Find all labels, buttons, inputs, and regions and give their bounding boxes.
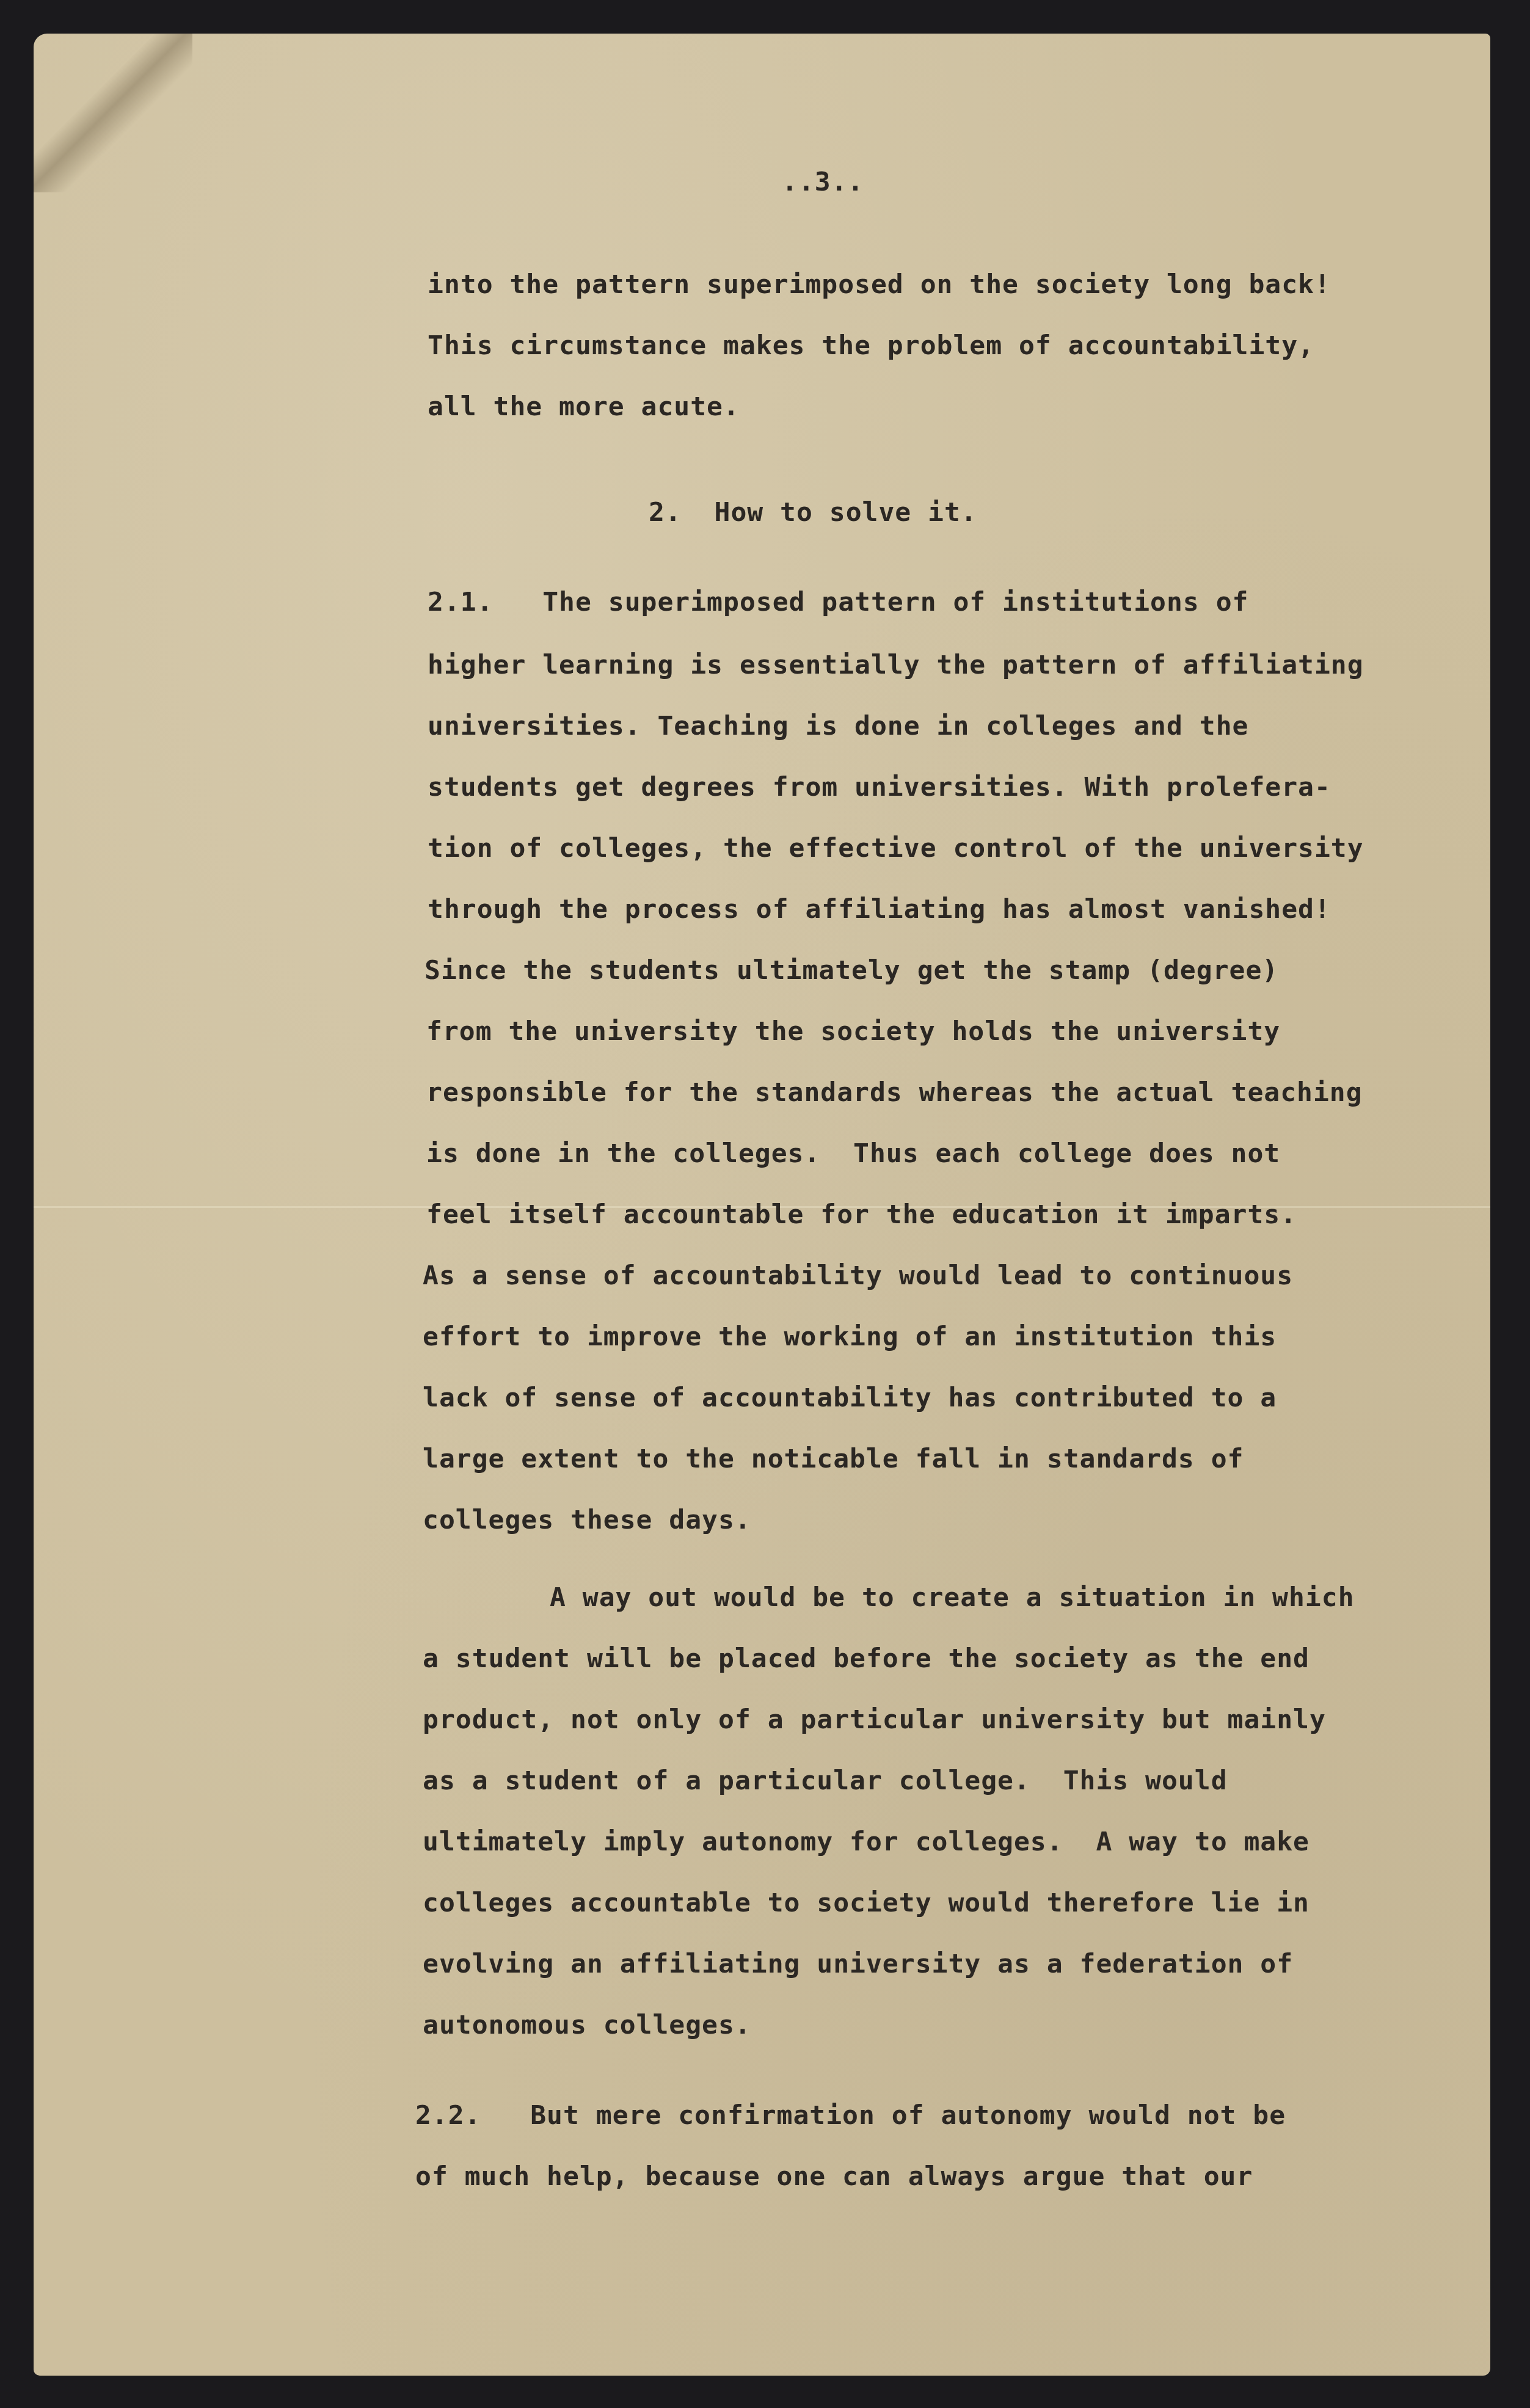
text-line: responsible for the standards whereas th… xyxy=(426,1080,1363,1106)
text-line: of much help, because one can always arg… xyxy=(415,2164,1253,2190)
text-line: all the more acute. xyxy=(428,394,740,420)
text-line: into the pattern superimposed on the soc… xyxy=(428,272,1331,298)
text-line: universities. Teaching is done in colleg… xyxy=(428,713,1248,740)
text-line: autonomous colleges. xyxy=(423,2012,751,2039)
text-line: effort to improve the working of an inst… xyxy=(423,1324,1277,1350)
text-line: Since the students ultimately get the st… xyxy=(424,958,1278,984)
text-line: This circumstance makes the problem of a… xyxy=(428,333,1314,359)
text-line: through the process of affiliating has a… xyxy=(428,897,1331,923)
text-line: from the university the society holds th… xyxy=(426,1019,1280,1045)
text-line: ultimately imply autonomy for colleges. … xyxy=(423,1829,1310,1855)
text-line: 2.1. The superimposed pattern of institu… xyxy=(428,589,1248,616)
text-line: large extent to the noticable fall in st… xyxy=(423,1446,1244,1472)
text-line: product, not only of a particular univer… xyxy=(423,1707,1326,1733)
page-number: ..3.. xyxy=(782,169,864,195)
text-line: students get degrees from universities. … xyxy=(428,774,1331,801)
text-line: tion of colleges, the effective control … xyxy=(428,835,1364,862)
text-line: as a student of a particular college. Th… xyxy=(423,1768,1228,1794)
text-line: lack of sense of accountability has cont… xyxy=(423,1385,1277,1411)
text-line: feel itself accountable for the educatio… xyxy=(426,1202,1297,1228)
text-line: As a sense of accountability would lead … xyxy=(423,1263,1293,1289)
text-line: a student will be placed before the soci… xyxy=(423,1646,1310,1672)
text-line: is done in the colleges. Thus each colle… xyxy=(426,1141,1280,1167)
text-line: colleges accountable to society would th… xyxy=(423,1890,1310,1916)
section-heading: 2. How to solve it. xyxy=(649,500,977,526)
text-line: higher learning is essentially the patte… xyxy=(428,652,1364,678)
text-line: 2.2. But mere confirmation of autonomy w… xyxy=(415,2103,1286,2129)
text-line: colleges these days. xyxy=(423,1507,751,1533)
text-line: evolving an affiliating university as a … xyxy=(423,1951,1293,1977)
text-line: A way out would be to create a situation… xyxy=(550,1585,1355,1611)
